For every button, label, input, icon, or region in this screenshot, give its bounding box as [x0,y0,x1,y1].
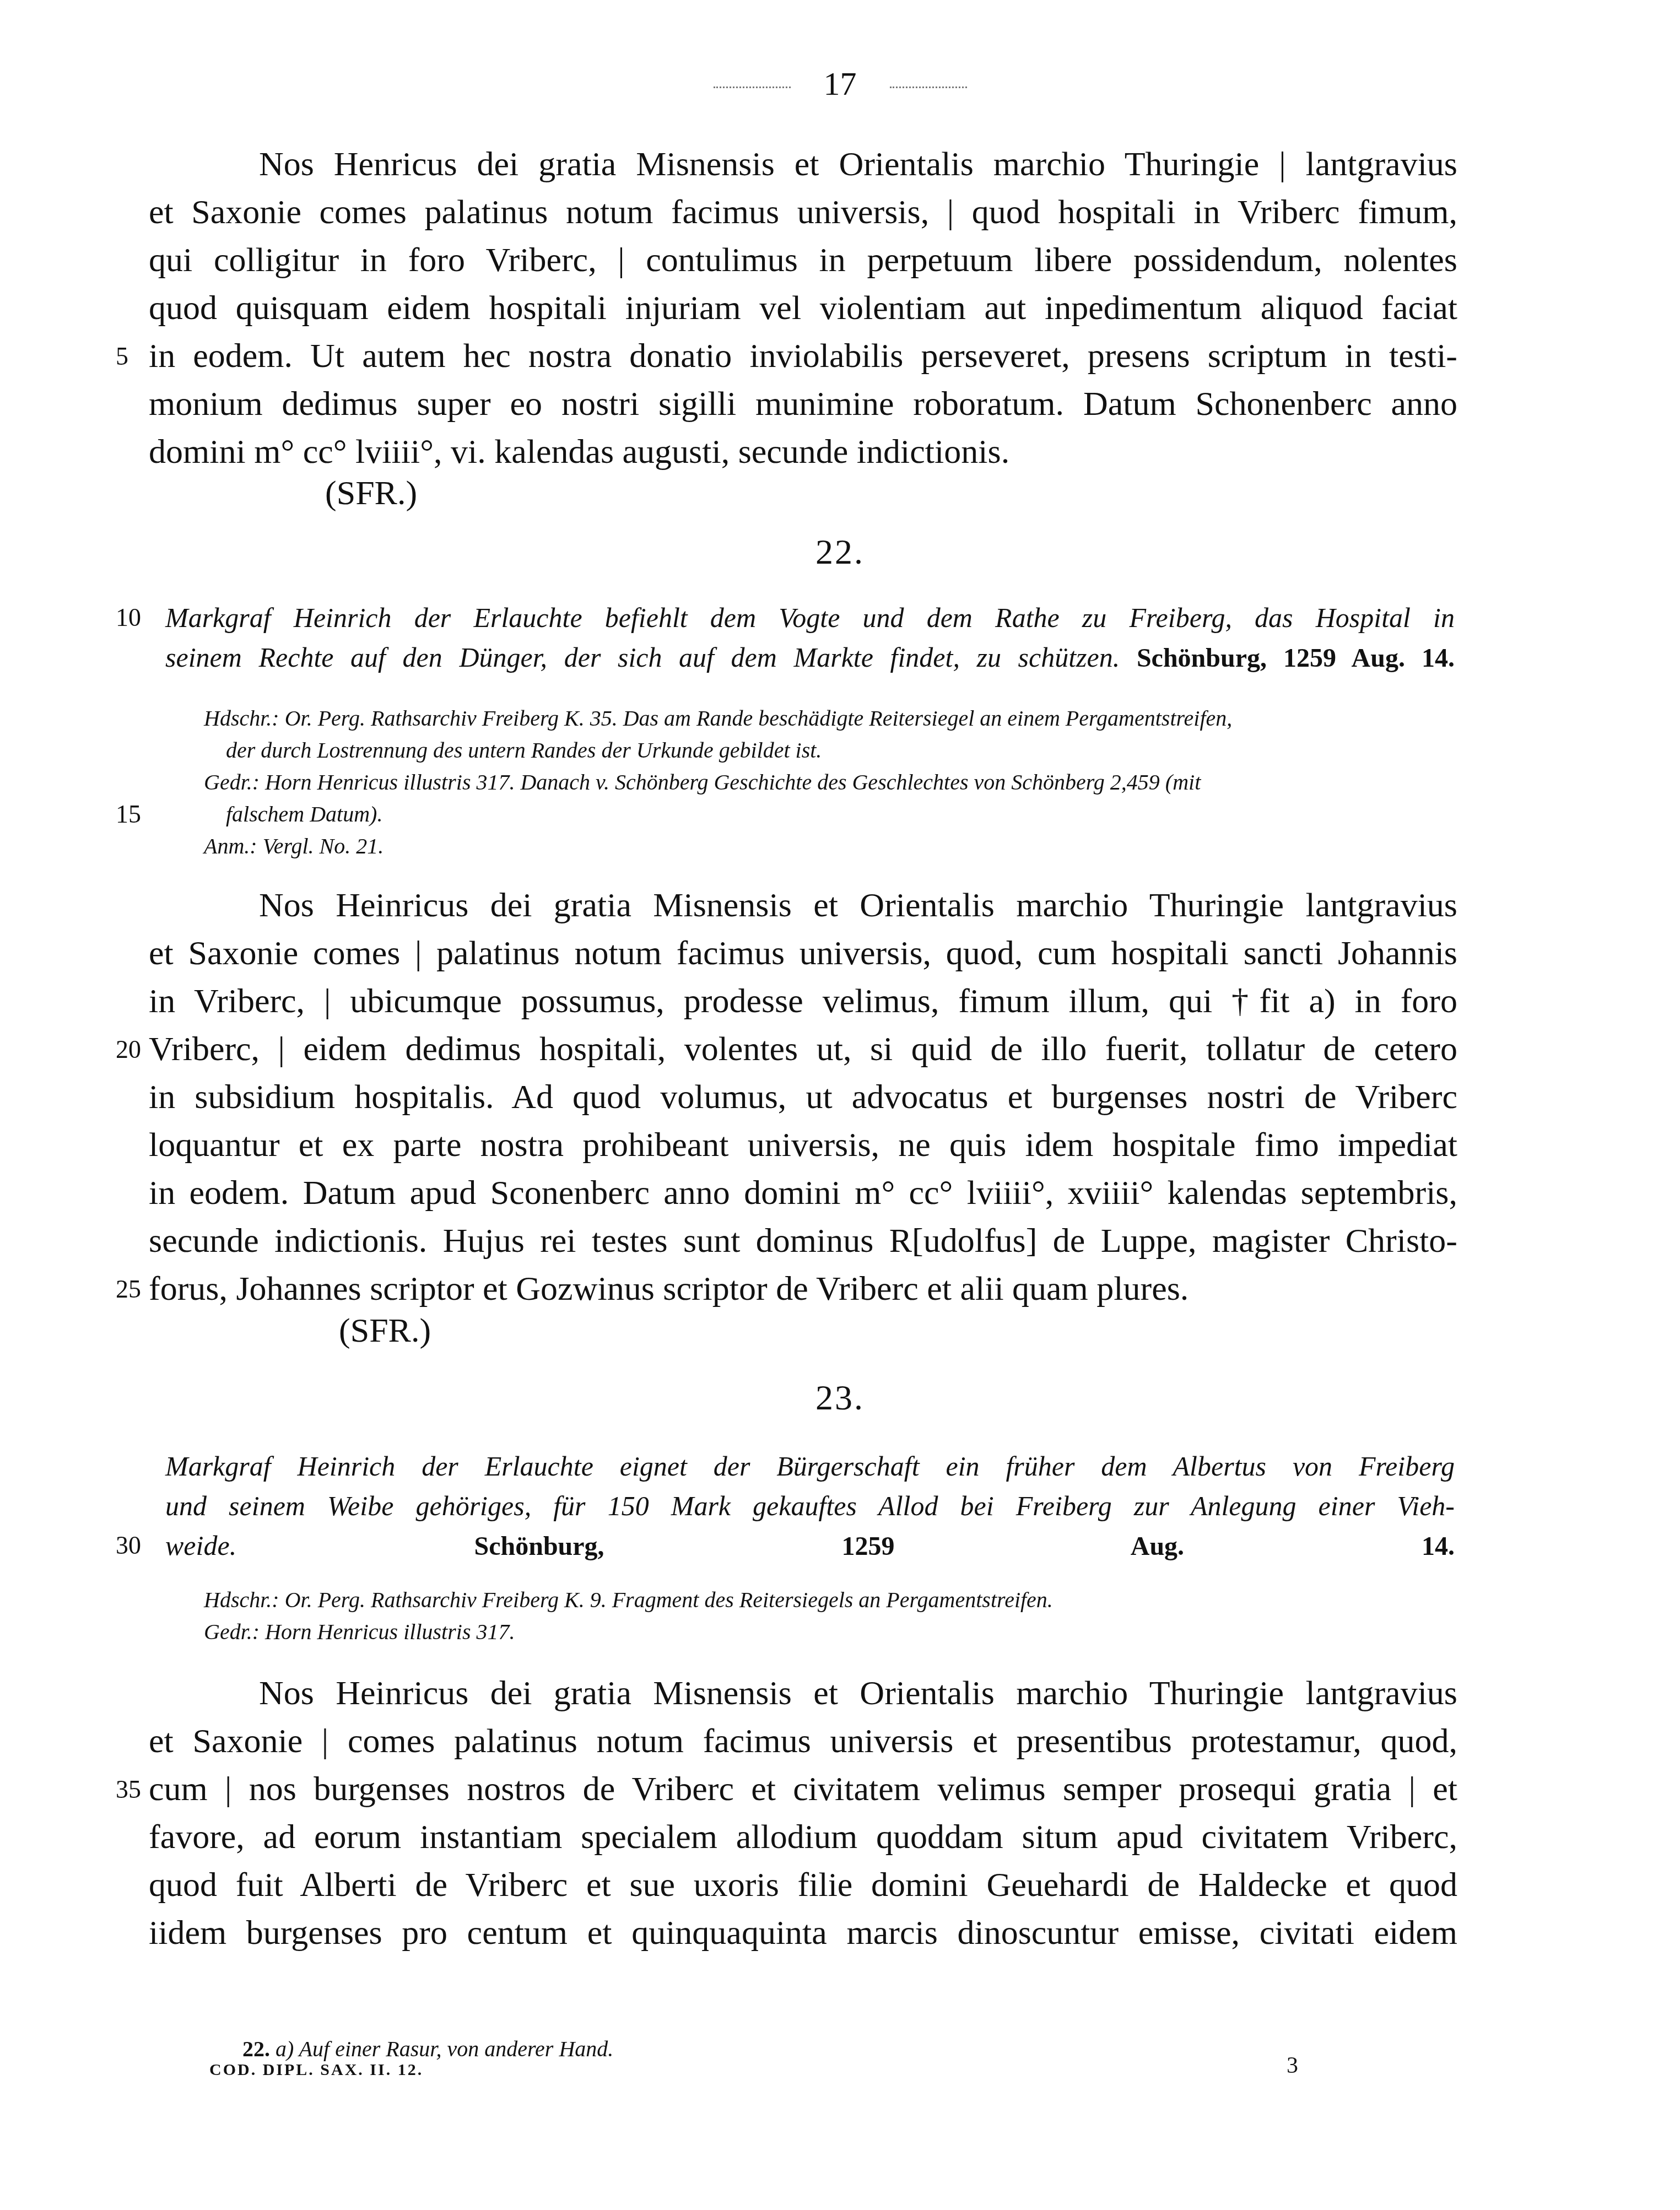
footnote: 22. a) Auf einer Rasur, von anderer Hand… [242,2036,613,2062]
text-line: qui colligitur in foro Vriberc, | contul… [149,236,1457,284]
seal-note: (SFR.) [325,474,417,513]
text-line: 25forus, Johannes scriptor et Gozwinus s… [149,1265,1457,1313]
apparatus-line: der durch Lostrennung des untern Randes … [204,734,1455,766]
text-line: Nos Henricus dei gratia Misnensis et Ori… [149,141,1457,188]
text-line: loquantur et ex parte nostra prohibeant … [149,1121,1457,1169]
apparatus-line: Anm.: Vergl. No. 21. [204,830,1455,862]
page-header: 17 [0,62,1680,106]
text-line: 5in eodem. Ut autem hec nostra donatio i… [149,332,1457,380]
text-line: 20Vriberc, | eidem dedimus hospitali, vo… [149,1025,1457,1073]
header-rule-left [714,87,791,88]
doc23-apparatus: Hdschr.: Or. Perg. Rathsarchiv Freiberg … [204,1584,1455,1648]
regest-date: Schönburg, 1259 Aug. 14. [474,1532,1455,1561]
page-number: 17 [824,66,857,102]
text-line: 35cum | nos burgenses nostros de Vriberc… [149,1765,1457,1813]
apparatus-line: Hdschr.: Or. Perg. Rathsarchiv Freiberg … [204,1584,1455,1616]
apparatus-line: 15falschem Datum). [204,798,1455,830]
regest-line: und seinem Weibe gehöriges, für 150 Mark… [165,1486,1455,1526]
text-line: domini m° cc° lviiii°, vi. kalendas augu… [149,428,1457,476]
apparatus-line: Gedr.: Horn Henricus illustris 317. [204,1616,1455,1648]
doc23-text: Nos Heinricus dei gratia Misnensis et Or… [149,1669,1457,1957]
text-line: quod quisquam eidem hospitali injuriam v… [149,284,1457,332]
text-line: in subsidium hospitalis. Ad quod volumus… [149,1073,1457,1121]
footnote-text: a) Auf einer Rasur, von anderer Hand. [276,2036,613,2061]
line-number: 20 [116,1025,146,1073]
printer-signature: COD. DIPL. SAX. II. 12. [209,2061,423,2079]
text-line: et Saxonie comes palatinus notum facimus… [149,188,1457,236]
apparatus-line: Hdschr.: Or. Perg. Rathsarchiv Freiberg … [204,703,1455,734]
line-number: 30 [116,1526,146,1565]
document-number: 22. [0,532,1680,572]
header-rule-right [890,87,967,88]
text-line: secunde indictionis. Hujus rei testes su… [149,1217,1457,1265]
line-number: 10 [116,598,146,637]
regest-line: 30weide. Schönburg, 1259 Aug. 14. [165,1526,1455,1565]
text-line: Nos Heinricus dei gratia Misnensis et Or… [149,1669,1457,1717]
text-line: favore, ad eorum instantiam specialem al… [149,1813,1457,1861]
regest-line: Markgraf Heinrich der Erlauchte eignet d… [165,1446,1455,1486]
text-line: et Saxonie | comes palatinus notum facim… [149,1717,1457,1765]
line-number: 25 [116,1265,146,1313]
document-number: 23. [0,1377,1680,1418]
text-line: iidem burgenses pro centum et quinquaqui… [149,1909,1457,1957]
regest-line: 10Markgraf Heinrich der Erlauchte befieh… [165,598,1455,637]
text-line: Nos Heinricus dei gratia Misnensis et Or… [149,882,1457,930]
seal-note: (SFR.) [339,1311,431,1350]
line-number: 35 [116,1765,146,1813]
sheet-number: 3 [1287,2052,1298,2079]
text-line: quod fuit Alberti de Vriberc et sue uxor… [149,1861,1457,1909]
doc23-regest: Markgraf Heinrich der Erlauchte eignet d… [165,1446,1455,1565]
apparatus-line: Gedr.: Horn Henricus illustris 317. Dana… [204,766,1455,798]
line-number: 5 [116,332,146,380]
doc22-text: Nos Heinricus dei gratia Misnensis et Or… [149,882,1457,1313]
text-line: monium dedimus super eo nostri sigilli m… [149,380,1457,428]
line-number: 15 [116,798,146,830]
doc22-apparatus: Hdschr.: Or. Perg. Rathsarchiv Freiberg … [204,703,1455,862]
regest-line: seinem Rechte auf den Dünger, der sich a… [165,637,1455,677]
text-line: et Saxonie comes | palatinus notum facim… [149,930,1457,977]
text-line: in Vriberc, | ubicumque possumus, prodes… [149,977,1457,1025]
doc21-text: Nos Henricus dei gratia Misnensis et Ori… [149,141,1457,476]
text-line: in eodem. Datum apud Sconenberc anno dom… [149,1169,1457,1217]
doc22-regest: 10Markgraf Heinrich der Erlauchte befieh… [165,598,1455,677]
regest-date: Schönburg, 1259 Aug. 14. [1137,644,1455,673]
footnote-ref: 22. [242,2036,270,2061]
